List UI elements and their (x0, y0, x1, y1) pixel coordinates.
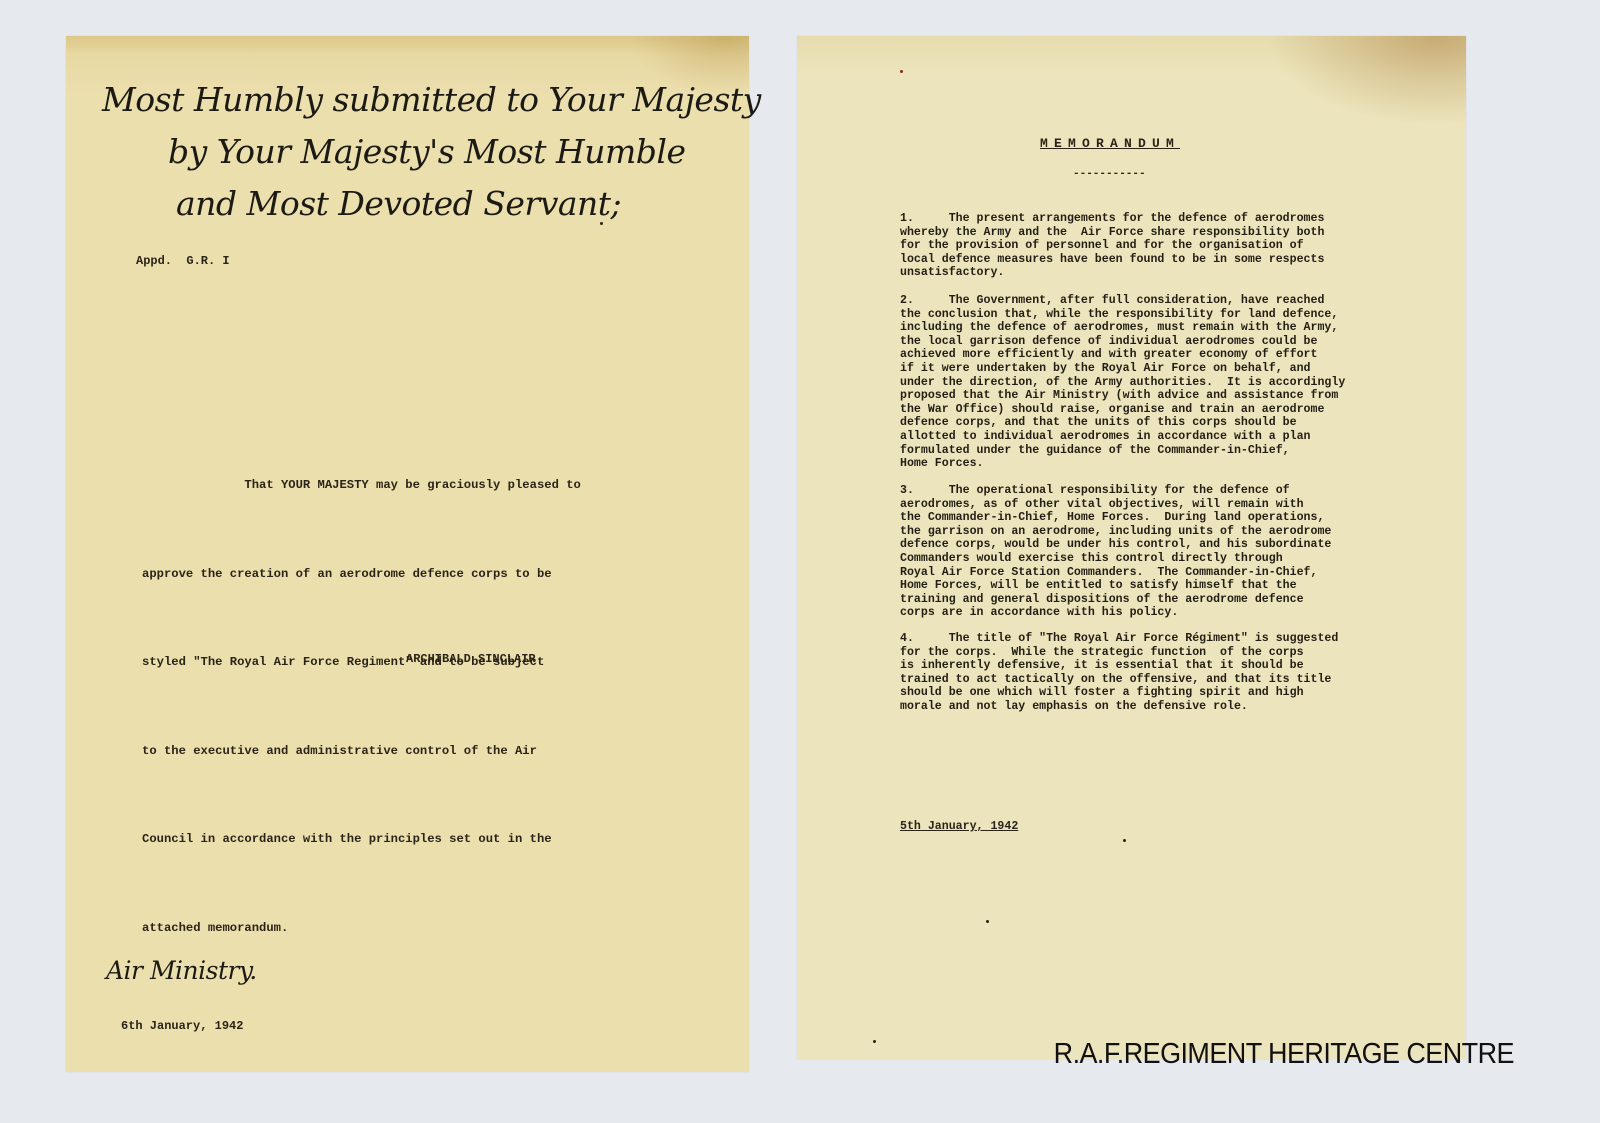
memorandum-title-rule: ----------- (1073, 168, 1146, 180)
petition-line: to the executive and administrative cont… (142, 737, 581, 767)
memo-paragraph-2: 2. The Government, after full considerat… (900, 294, 1440, 471)
paper-speck (900, 70, 903, 73)
memo-paragraph-3: 3. The operational responsibility for th… (900, 484, 1440, 620)
department-signature: Air Ministry. (106, 956, 257, 985)
petition-line: attached memorandum. (142, 914, 581, 944)
paper-speck (873, 1040, 876, 1043)
paper-speck (1123, 839, 1126, 842)
approval-mark: Appd. G.R. I (136, 254, 230, 268)
memorandum-page: MEMORANDUM ----------- 1. The present ar… (797, 36, 1466, 1059)
submission-page: Most Humbly submitted to Your Majesty by… (66, 36, 749, 1072)
signatory-name: ARCHIBALD SINCLAIR (406, 652, 536, 666)
memorandum-title: MEMORANDUM (1040, 136, 1180, 151)
submission-heading-line-1: Most Humbly submitted to Your Majesty (102, 80, 761, 119)
petition-line: approve the creation of an aerodrome def… (142, 560, 581, 590)
memo-paragraph-1: 1. The present arrangements for the defe… (900, 212, 1440, 280)
submission-heading-line-2: by Your Majesty's Most Humble (168, 132, 686, 171)
submission-date: 6th January, 1942 (121, 1019, 243, 1033)
petition-text: That YOUR MAJESTY may be graciously plea… (142, 412, 581, 1002)
memorandum-date: 5th January, 1942 (900, 820, 1018, 833)
petition-line: That YOUR MAJESTY may be graciously plea… (142, 471, 581, 501)
submission-heading-line-3: and Most Devoted Servant; (176, 184, 621, 223)
paper-speck (986, 920, 989, 923)
petition-line: Council in accordance with the principle… (142, 825, 581, 855)
memo-paragraph-4: 4. The title of "The Royal Air Force Rég… (900, 632, 1440, 714)
paper-speck (600, 222, 603, 225)
heritage-centre-caption: R.A.F.REGIMENT HERITAGE CENTRE (1054, 1038, 1514, 1071)
